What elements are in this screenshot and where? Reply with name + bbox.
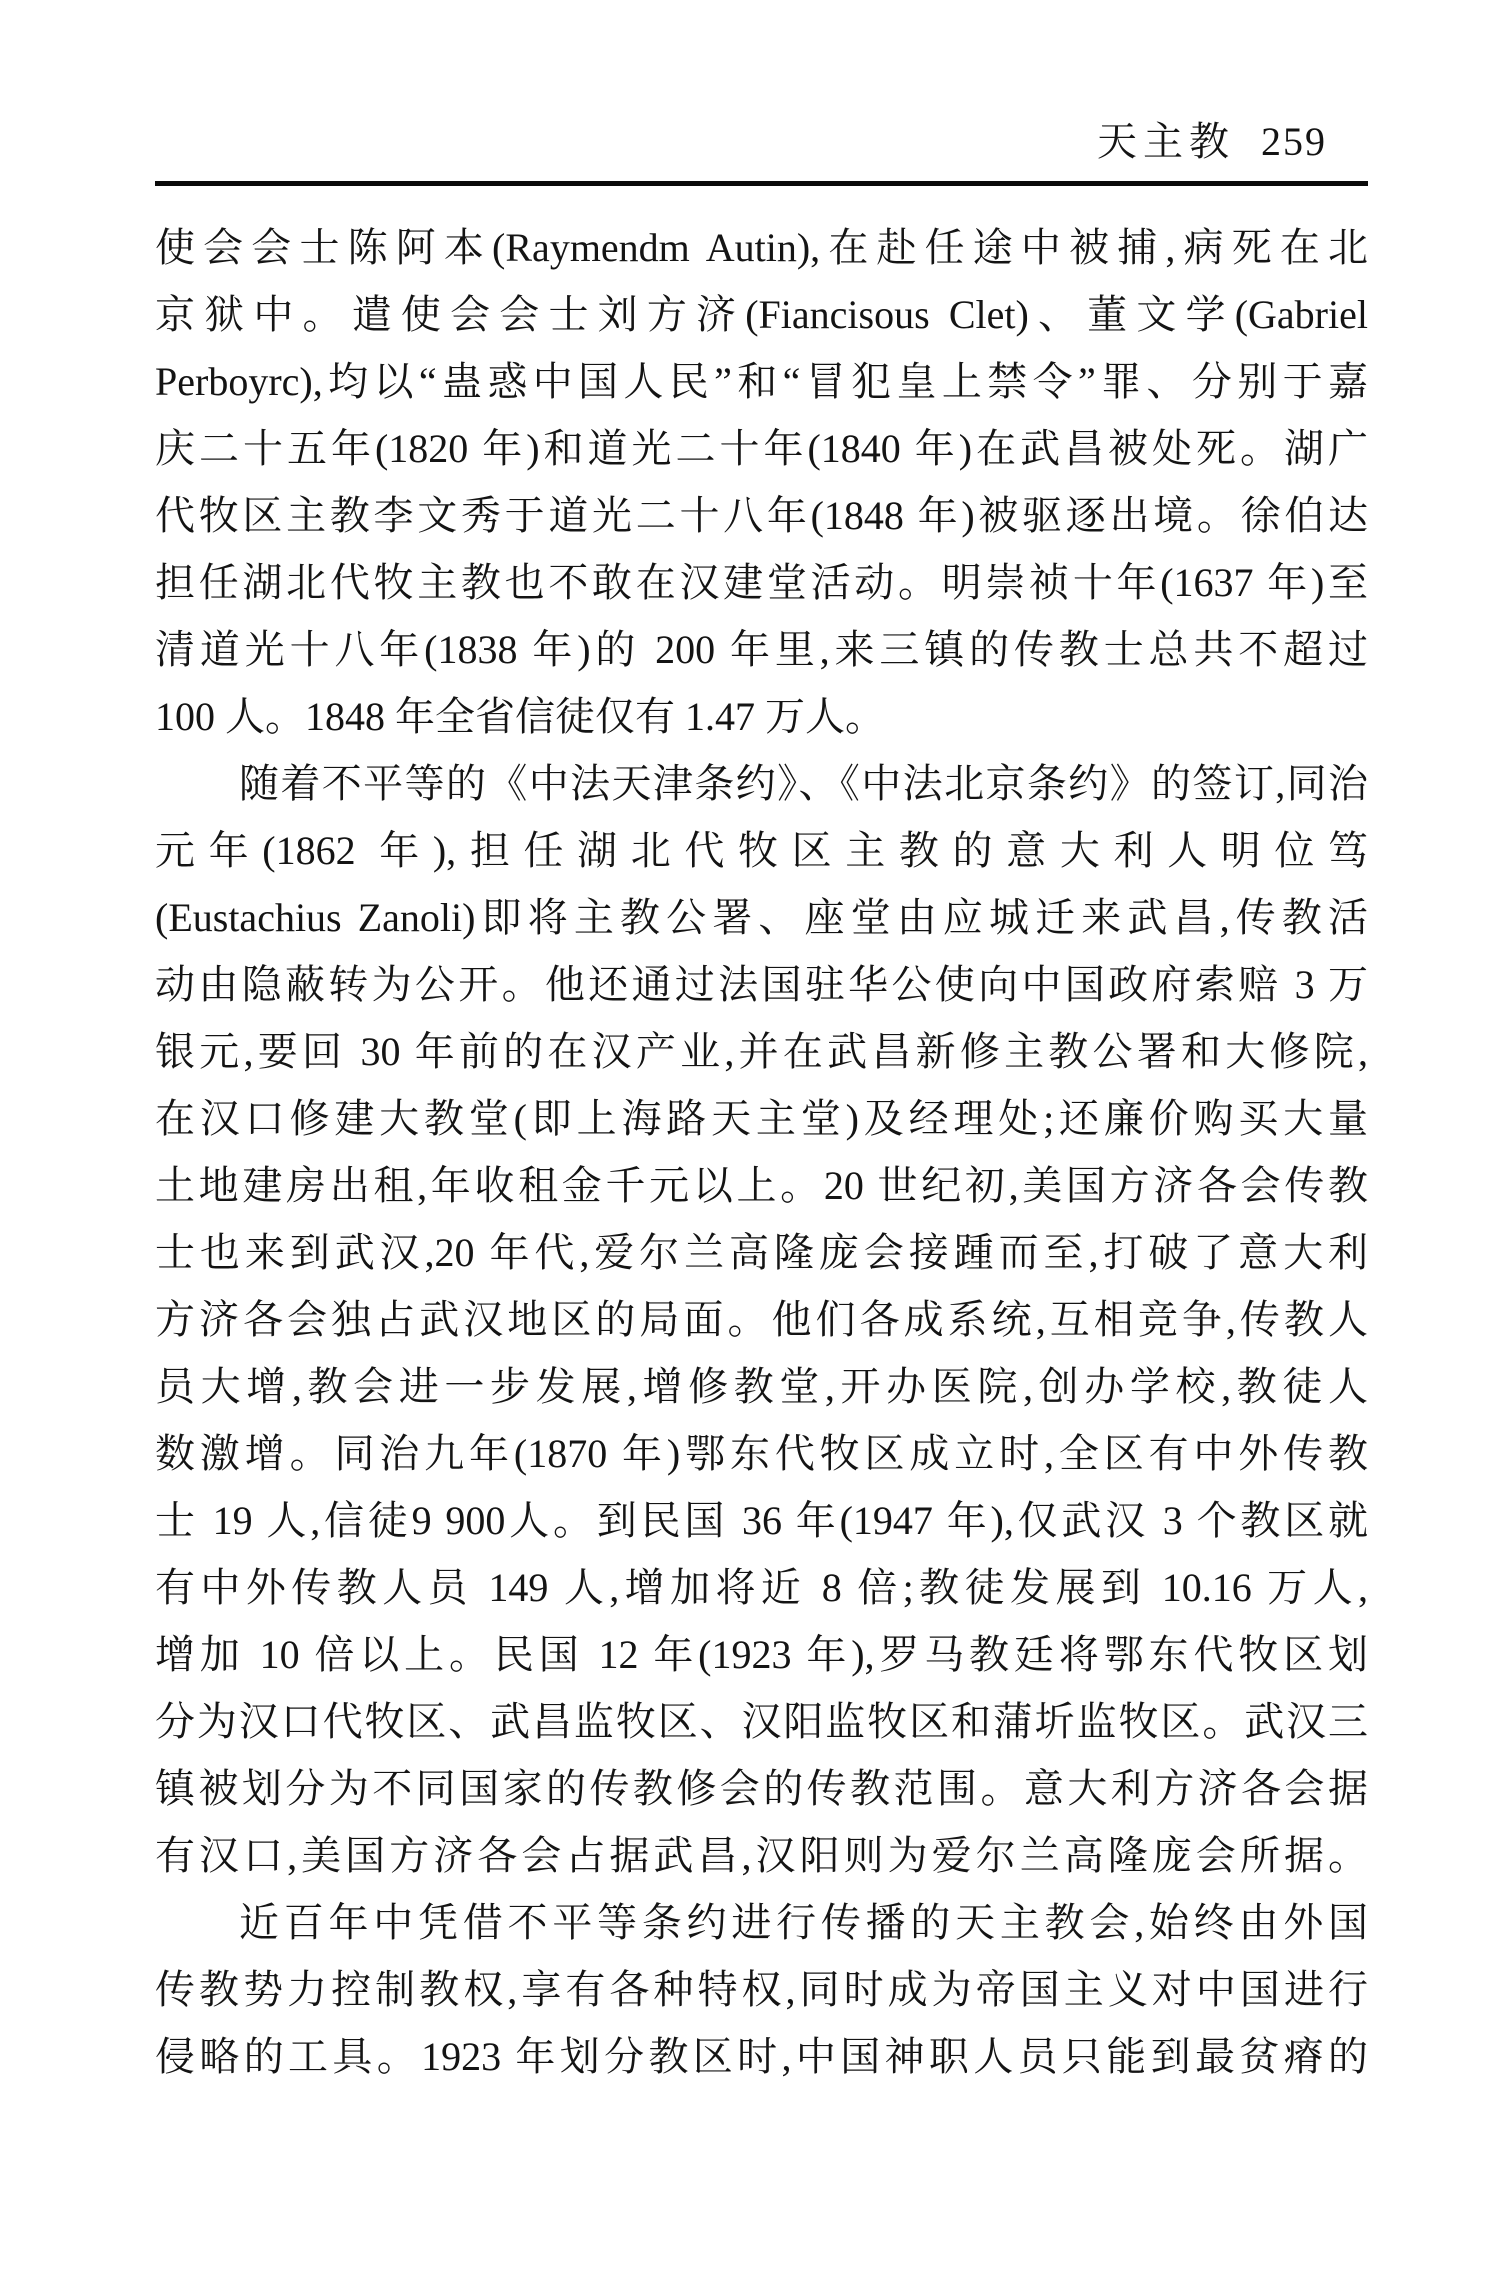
- text-line: 清道光十八年(1838 年)的 200 年里,来三镇的传教士总共不超过: [155, 616, 1368, 683]
- paragraph: 近百年中凭借不平等条约进行传播的天主教会,始终由外国 传教势力控制教权,享有各种…: [155, 1889, 1368, 2090]
- text-line: 方济各会独占武汉地区的局面。他们各成系统,互相竞争,传教人: [155, 1286, 1368, 1353]
- text-line: 有中外传教人员 149 人,增加将近 8 倍;教徒发展到 10.16 万人,: [155, 1554, 1368, 1621]
- text-line: 在汉口修建大教堂(即上海路天主堂)及经理处;还廉价购买大量: [155, 1085, 1368, 1152]
- text-line: 随着不平等的《中法天津条约》、《中法北京条约》的签订,同治: [155, 750, 1368, 817]
- text-line: 元年(1862 年),担任湖北代牧区主教的意大利人明位笃: [155, 817, 1368, 884]
- text-line: 士也来到武汉,20 年代,爱尔兰高隆庞会接踵而至,打破了意大利: [155, 1219, 1368, 1286]
- text-line: 镇被划分为不同国家的传教修会的传教范围。意大利方济各会据: [155, 1755, 1368, 1822]
- text-line: 分为汉口代牧区、武昌监牧区、汉阳监牧区和蒲圻监牧区。武汉三: [155, 1688, 1368, 1755]
- book-page: 天主教259 使会会士陈阿本(Raymendm Autin),在赴任途中被捕,病…: [0, 0, 1500, 2274]
- text-line: 员大增,教会进一步发展,增修教堂,开办医院,创办学校,教徒人: [155, 1353, 1368, 1420]
- body-text: 使会会士陈阿本(Raymendm Autin),在赴任途中被捕,病死在北 京狱中…: [155, 214, 1368, 2090]
- text-line: 近百年中凭借不平等条约进行传播的天主教会,始终由外国: [155, 1889, 1368, 1956]
- text-line: 银元,要回 30 年前的在汉产业,并在武昌新修主教公署和大修院,: [155, 1018, 1368, 1085]
- header-rule: [155, 181, 1368, 186]
- text-line: Perboyrc),均以“蛊惑中国人民”和“冒犯皇上禁令”罪、分别于嘉: [155, 348, 1368, 415]
- text-line: 代牧区主教李文秀于道光二十八年(1848 年)被驱逐出境。徐伯达: [155, 482, 1368, 549]
- header-section-title: 天主教: [1097, 119, 1235, 164]
- text-line: 士 19 人,信徒9 900人。到民国 36 年(1947 年),仅武汉 3 个…: [155, 1487, 1368, 1554]
- text-line: 100 人。1848 年全省信徒仅有 1.47 万人。: [155, 683, 1368, 750]
- text-line: 数激增。同治九年(1870 年)鄂东代牧区成立时,全区有中外传教: [155, 1420, 1368, 1487]
- text-line: 庆二十五年(1820 年)和道光二十年(1840 年)在武昌被处死。湖广: [155, 415, 1368, 482]
- header-page-number: 259: [1261, 119, 1327, 164]
- text-line: 担任湖北代牧主教也不敢在汉建堂活动。明崇祯十年(1637 年)至: [155, 549, 1368, 616]
- text-line: 传教势力控制教权,享有各种特权,同时成为帝国主义对中国进行: [155, 1956, 1368, 2023]
- paragraph: 使会会士陈阿本(Raymendm Autin),在赴任途中被捕,病死在北 京狱中…: [155, 214, 1368, 750]
- text-line: 有汉口,美国方济各会占据武昌,汉阳则为爱尔兰高隆庞会所据。: [155, 1822, 1368, 1889]
- text-line: 土地建房出租,年收租金千元以上。20 世纪初,美国方济各会传教: [155, 1152, 1368, 1219]
- page-header: 天主教259: [155, 118, 1327, 166]
- text-line: (Eustachius Zanoli)即将主教公署、座堂由应城迁来武昌,传教活: [155, 884, 1368, 951]
- text-line: 动由隐蔽转为公开。他还通过法国驻华公使向中国政府索赔 3 万: [155, 951, 1368, 1018]
- text-line: 京狱中。遣使会会士刘方济(Fiancisous Clet)、董文学(Gabrie…: [155, 281, 1368, 348]
- text-line: 使会会士陈阿本(Raymendm Autin),在赴任途中被捕,病死在北: [155, 214, 1368, 281]
- text-line: 侵略的工具。1923 年划分教区时,中国神职人员只能到最贫瘠的: [155, 2023, 1368, 2090]
- text-line: 增加 10 倍以上。民国 12 年(1923 年),罗马教廷将鄂东代牧区划: [155, 1621, 1368, 1688]
- paragraph: 随着不平等的《中法天津条约》、《中法北京条约》的签订,同治 元年(1862 年)…: [155, 750, 1368, 1889]
